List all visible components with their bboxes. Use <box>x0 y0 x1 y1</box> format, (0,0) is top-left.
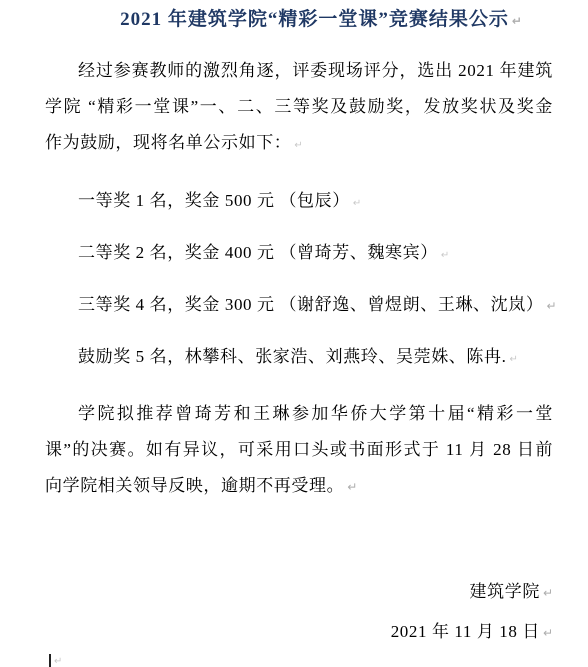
paragraph-mark-icon: ↵ <box>441 250 449 261</box>
empty-paragraph: ↵ <box>45 652 553 667</box>
text-line: 学院拟推荐曾琦芳和王琳参加华侨大学第十届“精彩一堂 <box>45 396 553 432</box>
paragraph-mark-icon: ↵ <box>294 140 302 151</box>
award-line-second-prize: 二等奖 2 名，奖金 400 元 （曾琦芳、魏寒宾）↵ <box>45 235 553 271</box>
document-page[interactable]: 2021 年建筑学院“精彩一堂课”竞赛结果公示↵ 经过参赛教师的激烈角逐，评委现… <box>0 0 588 667</box>
document-content: 2021 年建筑学院“精彩一堂课”竞赛结果公示↵ 经过参赛教师的激烈角逐，评委现… <box>0 0 588 667</box>
intro-paragraph: 经过参赛教师的激烈角逐，评委现场评分，选出 2021 年建筑 学院 “精彩一堂课… <box>45 53 553 161</box>
paragraph-mark-icon: ↵ <box>509 354 517 365</box>
closing-paragraph: 学院拟推荐曾琦芳和王琳参加华侨大学第十届“精彩一堂 课”的决赛。如有异议，可采用… <box>45 396 553 504</box>
signature-name: 建筑学院↵ <box>45 574 553 610</box>
signature-date-text: 2021 年 11 月 18 日 <box>391 622 540 641</box>
award-line-encouragement-prize: 鼓励奖 5 名，林攀科、张家浩、刘燕玲、吴莞姝、陈冉.↵ <box>45 339 553 375</box>
text-line: 作为鼓励，现将名单公示如下：↵ <box>45 125 553 161</box>
text-line-text: 作为鼓励，现将名单公示如下： <box>45 133 291 152</box>
award-text: 二等奖 2 名，奖金 400 元 （曾琦芳、魏寒宾） <box>78 243 438 262</box>
paragraph-mark-icon: ↵ <box>512 14 522 28</box>
text-line: 课”的决赛。如有异议，可采用口头或书面形式于 11 月 28 日前 <box>45 432 553 468</box>
text-line: 学院 “精彩一堂课”一、二、三等奖及鼓励奖，发放奖状及奖金 <box>45 89 553 125</box>
document-title: 2021 年建筑学院“精彩一堂课”竞赛结果公示↵ <box>45 2 553 38</box>
paragraph-mark-icon: ↵ <box>353 198 361 209</box>
paragraph-mark-icon: ↵ <box>546 299 556 313</box>
document-title-text: 2021 年建筑学院“精彩一堂课”竞赛结果公示 <box>120 9 509 30</box>
text-line: 经过参赛教师的激烈角逐，评委现场评分，选出 2021 年建筑 <box>45 53 553 89</box>
text-line: 向学院相关领导反映，逾期不再受理。↵ <box>45 468 553 504</box>
award-line-third-prize: 三等奖 4 名，奖金 300 元 （谢舒逸、曾煜朗、王琳、沈岚）↵ <box>45 287 553 323</box>
paragraph-mark-icon: ↵ <box>543 626 553 640</box>
award-text: 鼓励奖 5 名，林攀科、张家浩、刘燕玲、吴莞姝、陈冉. <box>78 347 506 366</box>
signature-date: 2021 年 11 月 18 日↵ <box>45 614 553 650</box>
text-line-text: 向学院相关领导反映，逾期不再受理。 <box>45 476 344 495</box>
signature-name-text: 建筑学院 <box>470 582 540 601</box>
paragraph-mark-icon: ↵ <box>347 480 357 494</box>
text-cursor <box>49 654 51 667</box>
award-text: 一等奖 1 名，奖金 500 元 （包辰） <box>78 191 350 210</box>
paragraph-mark-icon: ↵ <box>543 586 553 600</box>
paragraph-mark-icon: ↵ <box>54 656 62 667</box>
award-line-first-prize: 一等奖 1 名，奖金 500 元 （包辰）↵ <box>45 183 553 219</box>
award-text: 三等奖 4 名，奖金 300 元 （谢舒逸、曾煜朗、王琳、沈岚） <box>78 295 543 314</box>
